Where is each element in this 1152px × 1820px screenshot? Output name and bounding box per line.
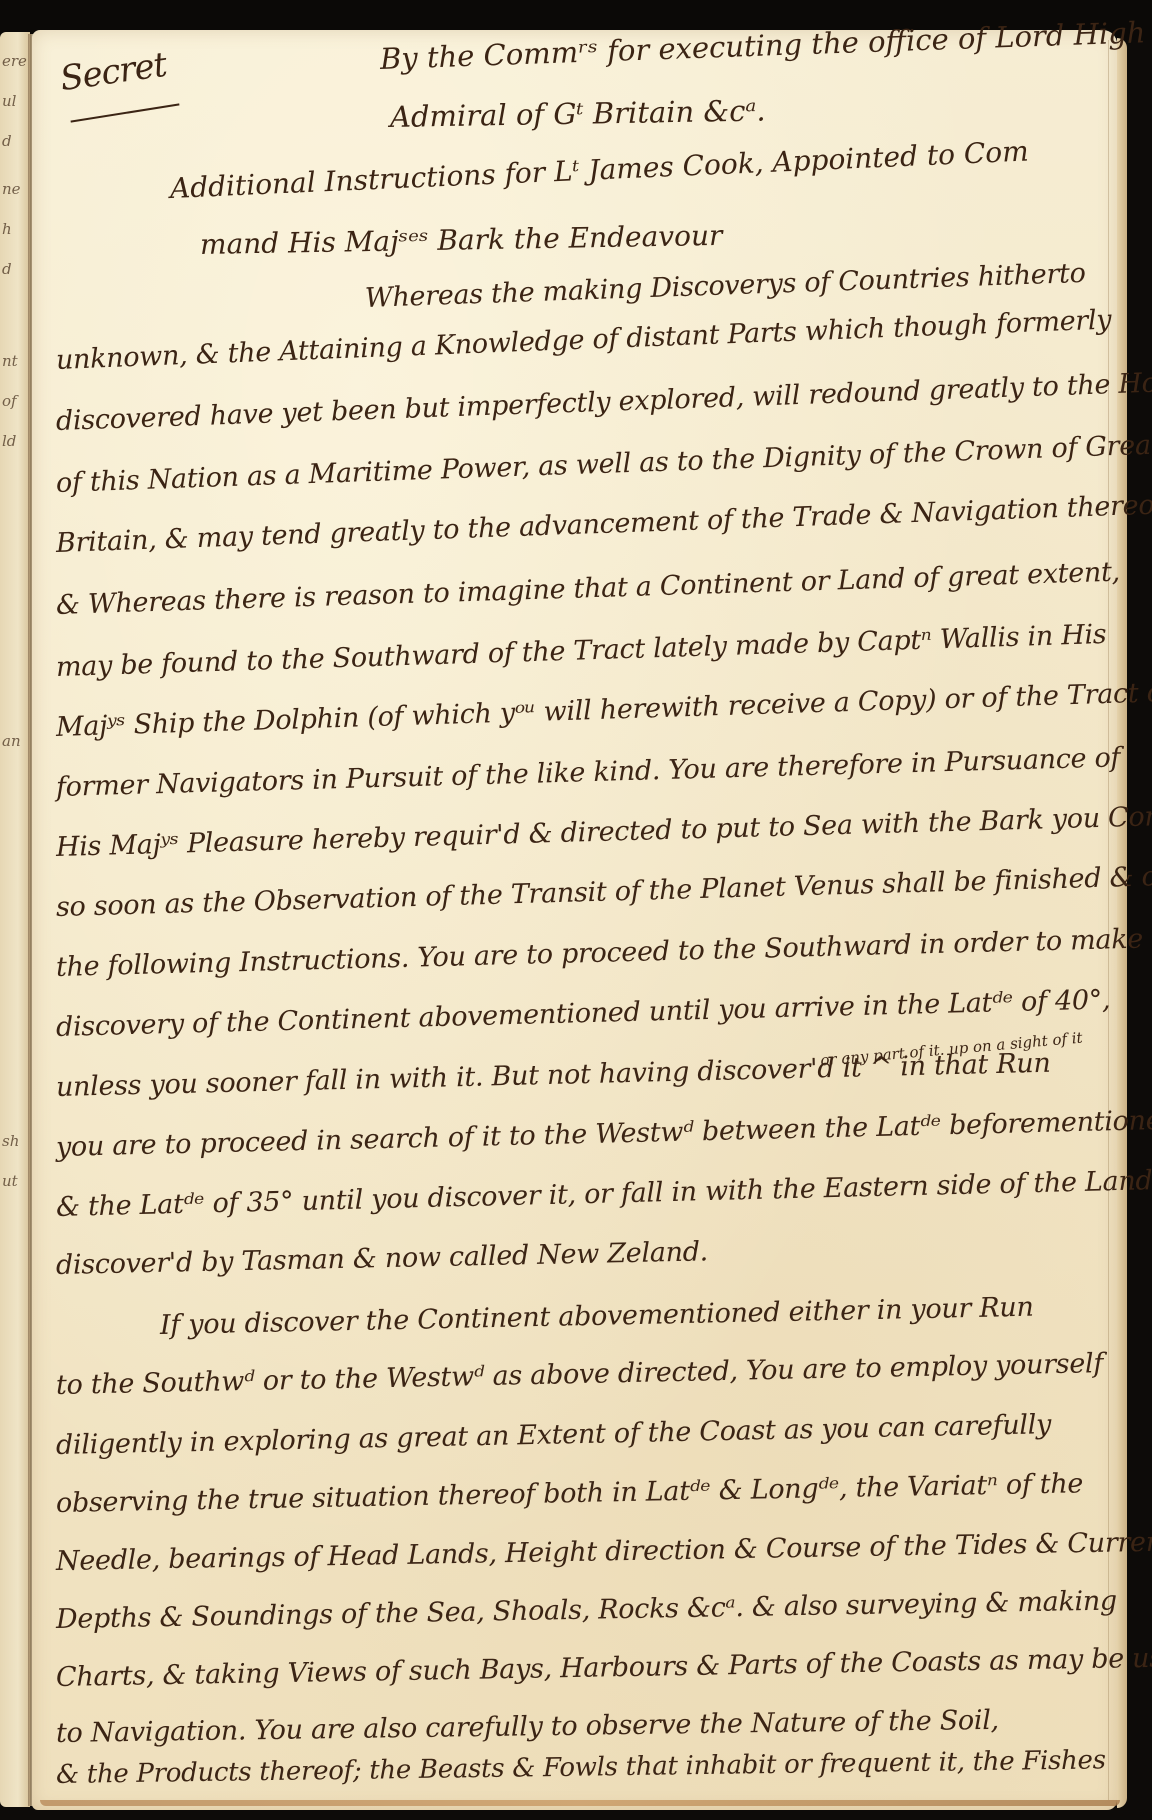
facing-page-fragment: d [2,132,12,150]
facing-page-fragment: sh [2,1132,19,1150]
facing-page-fragment: h [2,220,12,238]
facing-page-fragment: nt [2,352,18,370]
facing-page-fragment: ne [2,180,21,198]
page-bottom-edge [40,1800,1120,1806]
facing-page-fragment: ere [2,52,27,70]
facing-page-fragment: an [2,732,21,750]
facing-page-fragment: ut [2,1172,18,1190]
facing-page-fragment: d [2,260,12,278]
facing-page-fragment: ul [2,92,16,110]
facing-page-fragment: ld [2,432,16,450]
header-line-2: Admiral of Gᵗ Britain &cᵃ. [390,93,766,134]
facing-page-fragment: of [2,392,17,410]
facing-page-edge: ere ul d ne h d nt of ld an sh ut [0,32,30,1807]
